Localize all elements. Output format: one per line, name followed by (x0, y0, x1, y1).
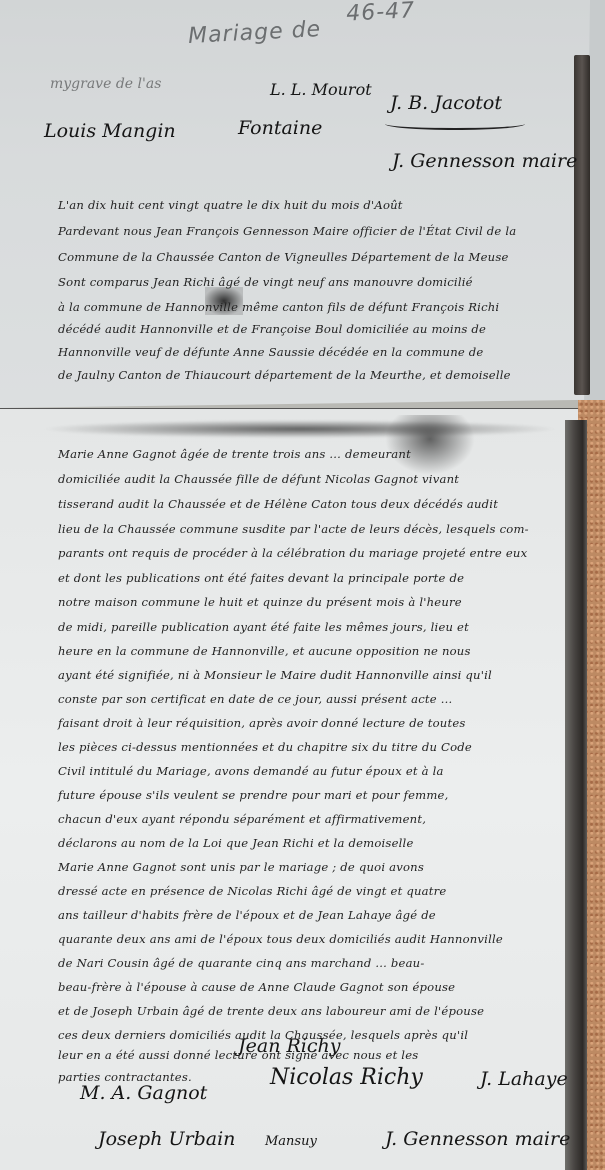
signature-nicolas-richy: Nicolas Richy (270, 1065, 423, 1090)
signature-mayor-bottom: J. Gennesson maire (385, 1128, 570, 1150)
record-line: de midi, pareille publication ayant été … (58, 620, 469, 634)
signature-mansuy: Mansuy (265, 1134, 317, 1149)
record-line: et de Joseph Urbain âgé de trente deux a… (58, 1004, 484, 1018)
record-line: domiciliée audit la Chaussée fille de dé… (58, 472, 459, 486)
binding-shadow-top (574, 55, 590, 395)
record-line: et dont les publications ont été faites … (58, 571, 464, 585)
record-line: ans tailleur d'habits frère de l'époux e… (58, 908, 436, 922)
signature-header: mygrave de l'as (50, 76, 161, 92)
signature-gagnot: M. A. Gagnot (80, 1082, 207, 1104)
signature-lahaye: J. Lahaye (480, 1068, 568, 1090)
record-line: faisant droit à leur réquisition, après … (58, 716, 466, 730)
record-line: Civil intitulé du Mariage, avons demandé… (58, 764, 444, 778)
record-line: L'an dix huit cent vingt quatre le dix h… (58, 198, 403, 212)
record-line: tisserand audit la Chaussée et de Hélène… (58, 497, 498, 511)
signature-flourish (385, 118, 525, 130)
record-line: heure en la commune de Hannonville, et a… (58, 644, 471, 658)
record-line: décédé audit Hannonville et de Françoise… (58, 322, 486, 336)
record-line: parants ont requis de procéder à la célé… (58, 546, 527, 560)
record-line: future épouse s'ils veulent se prendre p… (58, 788, 448, 802)
record-line: de Nari Cousin âgé de quarante cinq ans … (58, 956, 424, 970)
record-line: à la commune de Hannonville même canton … (58, 300, 499, 314)
signature-jean-richy: Jean Richy (238, 1035, 340, 1057)
binding-shadow-bottom (565, 420, 587, 1170)
signature-joseph-urbain: Joseph Urbain (98, 1128, 235, 1150)
signature-louis-mangin: Louis Mangin (44, 120, 176, 142)
signature-jacotot: J. B. Jacotot (390, 92, 502, 114)
record-line: ayant été signifiée, ni à Monsieur le Ma… (58, 668, 492, 682)
record-line: conste par son certificat en date de ce … (58, 692, 452, 706)
record-line: Hannonville veuf de défunte Anne Saussie… (58, 345, 484, 359)
record-line: dressé acte en présence de Nicolas Richi… (58, 884, 446, 898)
signature-mayor-top: J. Gennesson maire (392, 150, 577, 172)
record-line: Pardevant nous Jean François Gennesson M… (58, 224, 516, 238)
smudge (40, 420, 560, 438)
record-line: beau-frère à l'épouse à cause de Anne Cl… (58, 980, 455, 994)
record-line: Commune de la Chaussée Canton de Vigneul… (58, 250, 509, 264)
record-line: déclarons au nom de la Loi que Jean Rich… (58, 836, 414, 850)
record-line: quarante deux ans ami de l'époux tous de… (58, 932, 503, 946)
pencil-annotation-number: 46-47 (346, 0, 416, 27)
record-line: les pièces ci-dessus mentionnées et du c… (58, 740, 472, 754)
record-line: Marie Anne Gagnot sont unis par le maria… (58, 860, 424, 874)
record-line: de Jaulny Canton de Thiaucourt départeme… (58, 368, 511, 382)
record-line: Sont comparus Jean Richi âgé de vingt ne… (58, 275, 473, 289)
record-line: lieu de la Chaussée commune susdite par … (58, 522, 529, 536)
record-line: chacun d'eux ayant répondu séparément et… (58, 812, 426, 826)
record-line: Marie Anne Gagnot âgée de trente trois a… (58, 447, 411, 461)
smudge (385, 415, 475, 475)
record-line: notre maison commune le huit et quinze d… (58, 595, 462, 609)
signature-fontaine: Fontaine (238, 117, 322, 139)
signature-mourot: L. L. Mourot (270, 80, 372, 99)
